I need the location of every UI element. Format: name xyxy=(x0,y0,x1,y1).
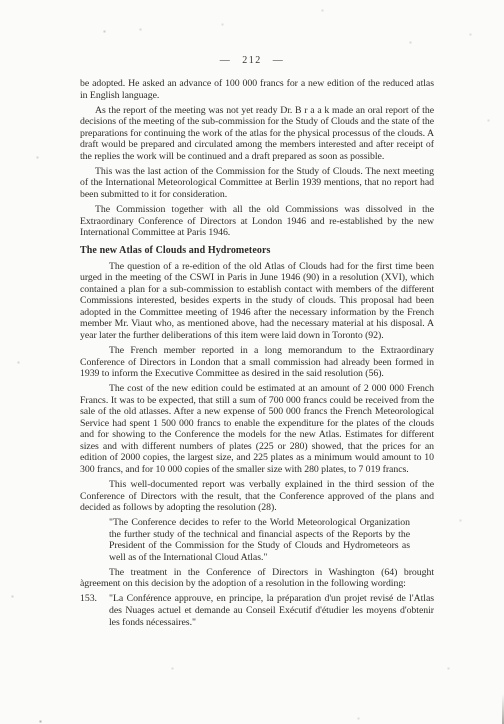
paragraph: The French member reported in a long mem… xyxy=(80,345,434,380)
paragraph: The treatment in the Conference of Direc… xyxy=(80,567,434,590)
page-number: — 212 — xyxy=(0,55,504,66)
resolution-text: "La Conférence approuve, en principe, la… xyxy=(109,593,434,627)
scan-speckle-artifacts xyxy=(0,0,1,1)
resolution-28-quote: "The Conference decides to refer to the … xyxy=(109,517,410,563)
paragraph-continuation: be adopted. He asked an advance of 100 0… xyxy=(80,78,434,101)
resolution-153: 153. "La Conférence approuve, en princip… xyxy=(80,593,434,628)
paragraph: The question of a re-edition of the old … xyxy=(80,261,434,342)
paragraph: This was the last action of the Commissi… xyxy=(80,166,434,201)
paragraph: As the report of the meeting was not yet… xyxy=(80,105,434,163)
paragraph: The cost of the new edition could be est… xyxy=(80,383,434,475)
section-heading: The new Atlas of Clouds and Hydrometeors xyxy=(80,245,434,257)
scanned-document-page: — 212 — be adopted. He asked an advance … xyxy=(0,0,504,724)
paragraph: This well-documented report was verbally… xyxy=(80,479,434,514)
paragraph: The Commission together with all the old… xyxy=(80,204,434,239)
page-body: be adopted. He asked an advance of 100 0… xyxy=(80,78,434,632)
resolution-number: 153. xyxy=(80,593,97,605)
